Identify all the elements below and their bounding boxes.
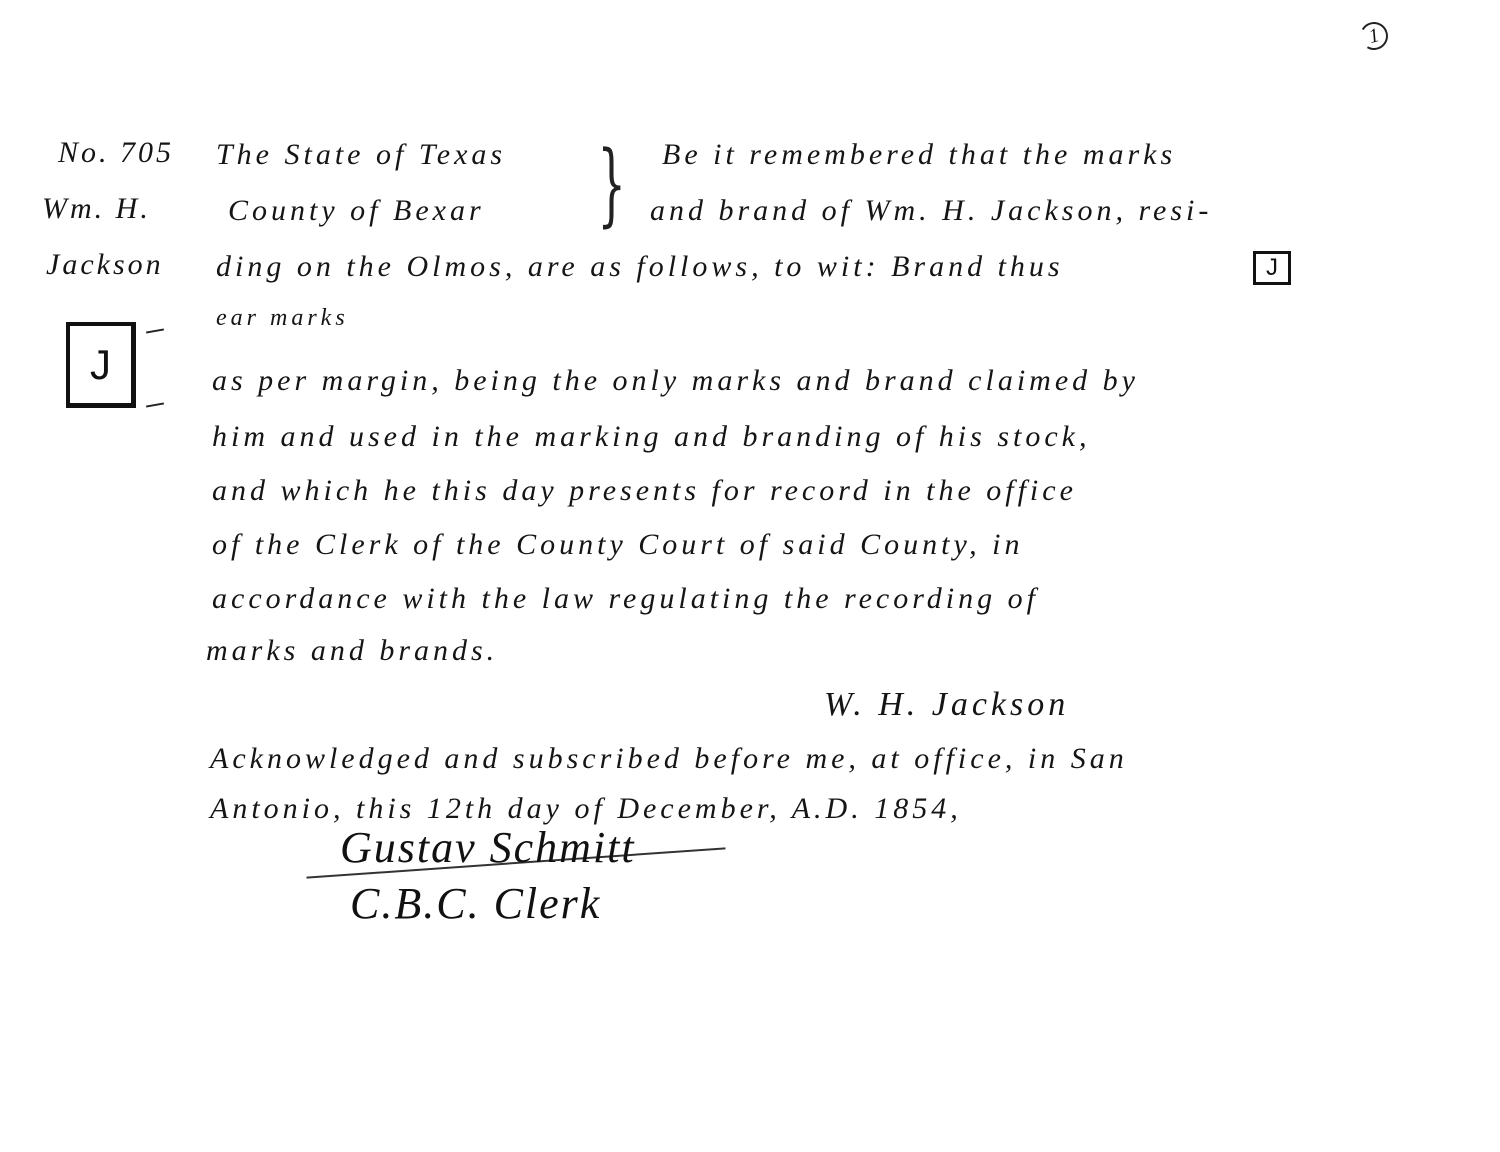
clerk-signature: Gustav Schmitt — [340, 826, 636, 870]
ear-mark-notch-top — [146, 328, 164, 333]
margin-name-line2: Jackson — [46, 250, 164, 280]
brand-box: J — [1253, 251, 1291, 285]
document-page: 1 No. 705 Wm. H. Jackson J The State of … — [0, 0, 1500, 1152]
county-line: County of Bexar — [228, 196, 485, 226]
brace-symbol: } — [597, 140, 626, 230]
page-number: 1 — [1357, 19, 1391, 53]
body-line-3: ding on the Olmos, are as follows, to wi… — [216, 252, 1064, 282]
ear-mark-brand-letter: J — [90, 341, 111, 389]
acknowledgment-line-1: Acknowledged and subscribed before me, a… — [210, 744, 1128, 774]
body-line-1: Be it remembered that the marks — [662, 140, 1176, 170]
body-line-8: of the Clerk of the County Court of said… — [212, 530, 1024, 560]
ear-mark-brand-box: J — [66, 322, 136, 408]
record-number: No. 705 — [58, 138, 174, 168]
body-line-7: and which he this day presents for recor… — [212, 476, 1077, 506]
ear-mark-notch-bottom — [146, 402, 164, 407]
clerk-title: C.B.C. Clerk — [350, 882, 601, 926]
body-line-5: as per margin, being the only marks and … — [212, 366, 1139, 396]
body-line-10: marks and brands. — [206, 636, 498, 666]
applicant-signature: W. H. Jackson — [824, 688, 1069, 722]
body-line-2: and brand of Wm. H. Jackson, resi- — [650, 196, 1212, 226]
body-line-6: him and used in the marking and branding… — [212, 422, 1090, 452]
body-line-9: accordance with the law regulating the r… — [212, 584, 1039, 614]
acknowledgment-line-2: Antonio, this 12th day of December, A.D.… — [210, 794, 962, 824]
state-line: The State of Texas — [216, 140, 506, 170]
body-line-4: ear marks — [216, 306, 349, 330]
margin-name-line1: Wm. H. — [42, 194, 151, 224]
brand-letter: J — [1266, 254, 1278, 282]
